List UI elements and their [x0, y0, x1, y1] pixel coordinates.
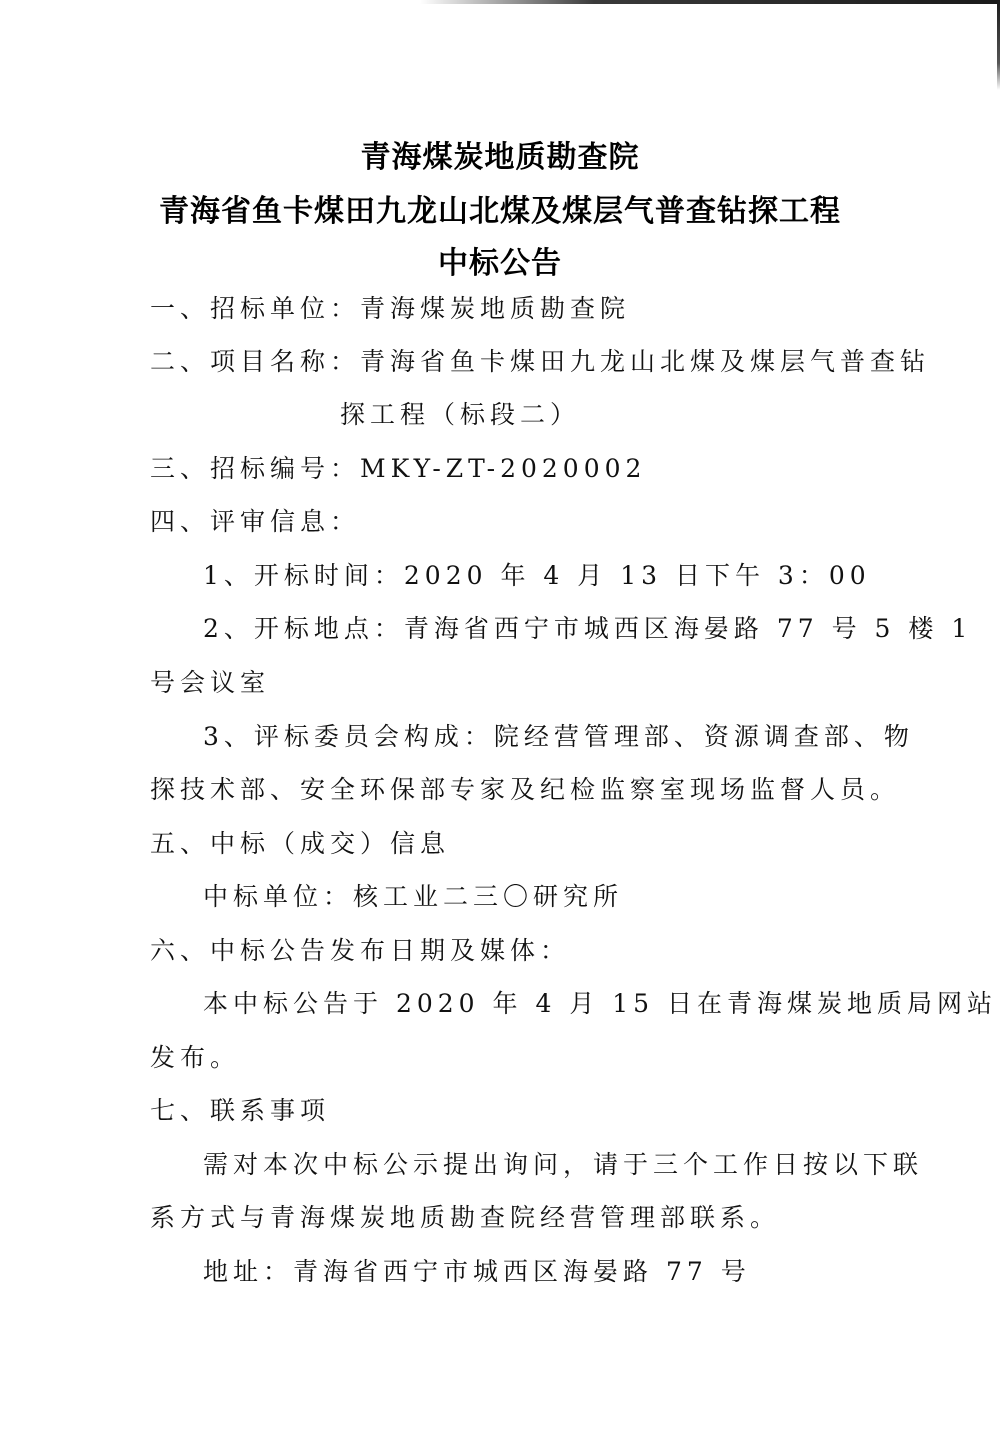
section-4-review-info: 四、评审信息： — [150, 507, 360, 537]
section-5-award-info: 五、中标（成交）信息 — [150, 829, 450, 859]
section-4-committee-line2: 探技术部、安全环保部专家及纪检监察室现场监督人员。 — [150, 775, 900, 805]
section-7-contact-detail-line2: 系方式与青海煤炭地质勘查院经营管理部联系。 — [150, 1203, 780, 1233]
section-4-opening-location-line1: 2、开标地点：青海省西宁市城西区海晏路 77 号 5 楼 1 — [203, 614, 972, 644]
section-2-project-name-line1: 二、项目名称：青海省鱼卡煤田九龙山北煤及煤层气普查钻 — [150, 347, 930, 377]
section-1-bidder: 一、招标单位：青海煤炭地质勘查院 — [150, 294, 630, 324]
section-6-publication-detail-line1: 本中标公告于 2020 年 4 月 15 日在青海煤炭地质局网站 — [203, 989, 997, 1019]
section-5-winning-bidder: 中标单位：核工业二三〇研究所 — [203, 882, 623, 912]
section-7-contact-detail-line1: 需对本次中标公示提出询问，请于三个工作日按以下联 — [203, 1150, 923, 1180]
title-project: 青海省鱼卡煤田九龙山北煤及煤层气普查钻探工程 — [0, 186, 1000, 230]
section-4-opening-time: 1、开标时间：2020 年 4 月 13 日下午 3：00 — [203, 561, 871, 591]
section-4-committee-line1: 3、评标委员会构成：院经营管理部、资源调查部、物 — [203, 722, 914, 752]
section-6-publication: 六、中标公告发布日期及媒体： — [150, 936, 570, 966]
scan-border-top — [420, 0, 1000, 4]
title-organization: 青海煤炭地质勘查院 — [0, 132, 1000, 176]
section-4-opening-location-line2: 号会议室 — [150, 668, 270, 698]
title-announcement: 中标公告 — [0, 238, 1000, 282]
section-6-publication-detail-line2: 发布。 — [150, 1043, 240, 1073]
section-7-contact: 七、联系事项 — [150, 1096, 330, 1126]
section-7-address: 地址：青海省西宁市城西区海晏路 77 号 — [203, 1257, 751, 1287]
section-2-project-name-line2: 探工程（标段二） — [340, 400, 580, 430]
section-3-bid-number: 三、招标编号：MKY-ZT-2020002 — [150, 454, 646, 484]
